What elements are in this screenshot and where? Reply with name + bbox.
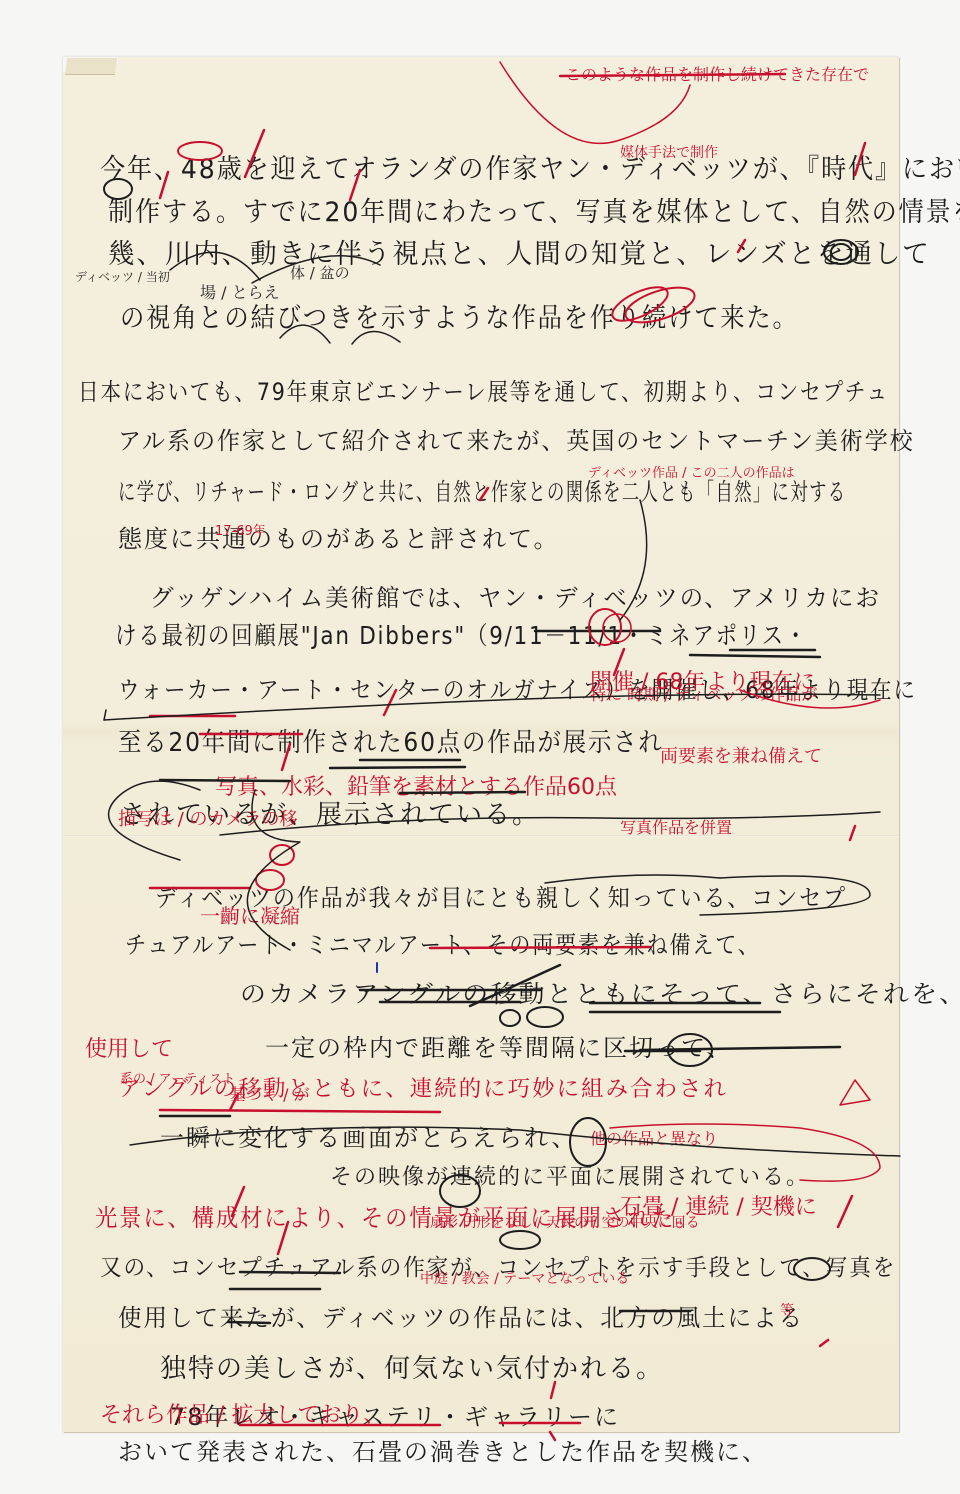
ink-marks-overlay [0,0,960,1494]
